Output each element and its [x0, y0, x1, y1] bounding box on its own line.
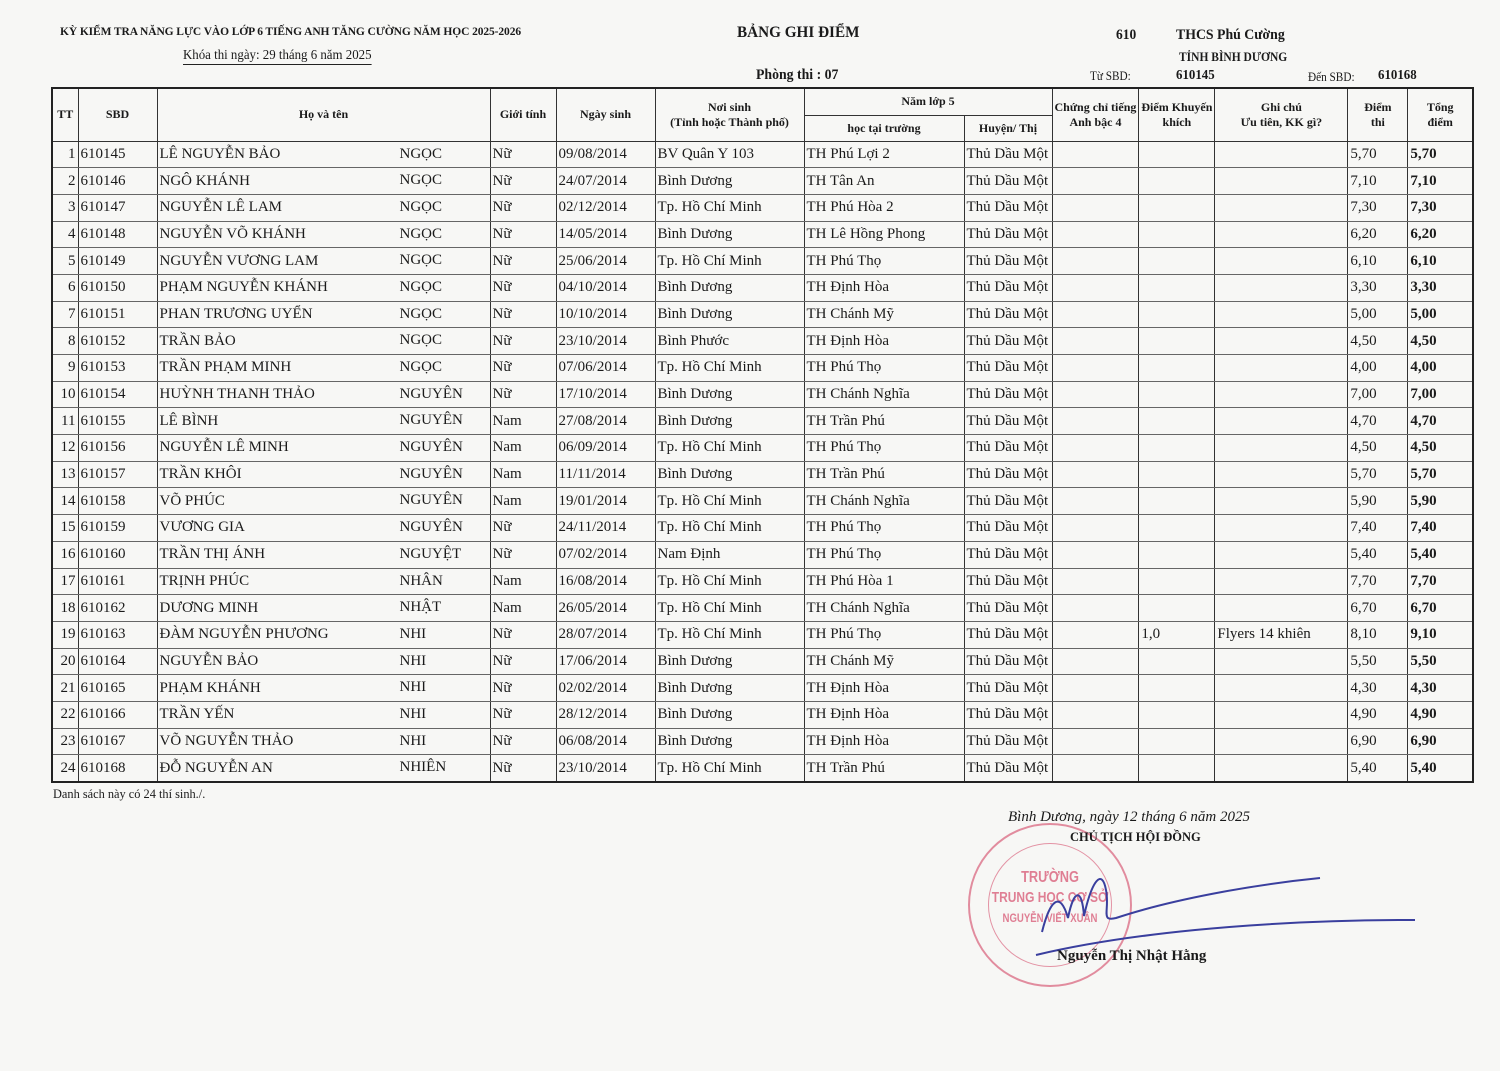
cell-school: TH Định Hòa: [804, 701, 964, 728]
cell-given-name: NGUYÊN: [400, 462, 463, 487]
cell-total: 4,90: [1408, 701, 1473, 728]
cell-cert: [1052, 621, 1139, 648]
cell-district: Thủ Dầu Một: [964, 168, 1052, 195]
cell-gender: Nữ: [490, 141, 556, 168]
table-row: 12 610156 NGUYỄN LÊ MINH NGUYÊN Nam 06/0…: [52, 435, 1473, 462]
cell-name: TRẦN KHÔI NGUYÊN: [157, 461, 490, 488]
cell-note: [1215, 274, 1348, 301]
cell-bonus: [1139, 701, 1215, 728]
cell-tt: 9: [52, 355, 78, 382]
cell-bonus: [1139, 408, 1215, 435]
cell-exam-score: 4,90: [1348, 701, 1408, 728]
cell-bonus: 1,0: [1139, 621, 1215, 648]
cell-pob: Bình Dương: [655, 701, 804, 728]
cell-district: Thủ Dầu Một: [964, 301, 1052, 328]
cell-note: [1215, 488, 1348, 515]
cell-gender: Nữ: [490, 701, 556, 728]
cell-surname: HUỲNH THANH THẢO: [160, 386, 315, 402]
cell-gender: Nam: [490, 408, 556, 435]
cell-total: 5,40: [1408, 755, 1473, 782]
cell-dob: 17/06/2014: [556, 648, 655, 675]
cell-school: TH Định Hòa: [804, 675, 964, 702]
cell-exam-score: 7,70: [1348, 568, 1408, 595]
cell-dob: 19/01/2014: [556, 488, 655, 515]
cell-gender: Nữ: [490, 728, 556, 755]
cell-surname: TRẦN YẾN: [160, 706, 235, 722]
cell-bonus: [1139, 141, 1215, 168]
table-row: 19 610163 ĐÀM NGUYỄN PHƯƠNG NHI Nữ 28/07…: [52, 621, 1473, 648]
cell-exam-score: 7,30: [1348, 194, 1408, 221]
cell-total: 4,50: [1408, 328, 1473, 355]
cell-surname: LÊ NGUYỄN BẢO: [160, 146, 281, 162]
cell-given-name: NGỌC: [400, 142, 443, 167]
cell-school: TH Lê Hồng Phong: [804, 221, 964, 248]
cell-school: TH Định Hòa: [804, 728, 964, 755]
cell-exam-score: 6,70: [1348, 595, 1408, 622]
cell-dob: 25/06/2014: [556, 248, 655, 275]
province-name: TỈNH BÌNH DƯƠNG: [1179, 50, 1287, 65]
cell-name: ĐỖ NGUYỄN AN NHIÊN: [157, 755, 490, 782]
cell-dob: 02/02/2014: [556, 675, 655, 702]
cell-sbd: 610145: [78, 141, 157, 168]
cell-name: TRẦN THỊ ÁNH NGUYỆT: [157, 541, 490, 568]
cell-school: TH Phú Thọ: [804, 435, 964, 462]
cell-sbd: 610156: [78, 435, 157, 462]
cell-school: TH Trần Phú: [804, 755, 964, 782]
to-sbd-label: Đến SBD:: [1308, 70, 1355, 85]
cell-cert: [1052, 141, 1139, 168]
cell-dob: 23/10/2014: [556, 755, 655, 782]
from-sbd-value: 610145: [1176, 68, 1215, 84]
cell-dob: 07/06/2014: [556, 355, 655, 382]
cell-school: TH Chánh Mỹ: [804, 648, 964, 675]
cell-surname: NGÔ KHÁNH: [160, 173, 250, 189]
cell-gender: Nữ: [490, 381, 556, 408]
col-gender: Giới tính: [490, 88, 556, 141]
cell-district: Thủ Dầu Một: [964, 648, 1052, 675]
exam-room: Phòng thi : 07: [756, 67, 838, 84]
cell-district: Thủ Dầu Một: [964, 728, 1052, 755]
cell-exam-score: 4,00: [1348, 355, 1408, 382]
cell-pob: Bình Dương: [655, 381, 804, 408]
cell-school: TH Trần Phú: [804, 408, 964, 435]
cell-name: NGUYỄN VÕ KHÁNH NGỌC: [157, 221, 490, 248]
cell-tt: 3: [52, 194, 78, 221]
cell-pob: Bình Phước: [655, 328, 804, 355]
cell-cert: [1052, 194, 1139, 221]
cell-note: [1215, 408, 1348, 435]
cell-school: TH Trần Phú: [804, 461, 964, 488]
cell-bonus: [1139, 568, 1215, 595]
cell-gender: Nam: [490, 595, 556, 622]
cell-dob: 11/11/2014: [556, 461, 655, 488]
cell-note: [1215, 675, 1348, 702]
cell-name: VÕ PHÚC NGUYÊN: [157, 488, 490, 515]
col-name: Họ và tên: [157, 88, 490, 141]
cell-given-name: NGỌC: [400, 355, 443, 380]
cell-given-name: NGUYÊN: [400, 382, 463, 407]
cell-cert: [1052, 301, 1139, 328]
cell-gender: Nữ: [490, 221, 556, 248]
cell-sbd: 610168: [78, 755, 157, 782]
cell-bonus: [1139, 461, 1215, 488]
cell-dob: 06/08/2014: [556, 728, 655, 755]
cell-surname: NGUYỄN LÊ MINH: [160, 439, 289, 455]
col-cert-line1: Chứng chỉ tiếng: [1055, 100, 1137, 115]
table-row: 3 610147 NGUYỄN LÊ LAM NGỌC Nữ 02/12/201…: [52, 194, 1473, 221]
cell-sbd: 610155: [78, 408, 157, 435]
cell-bonus: [1139, 274, 1215, 301]
cell-surname: PHAN TRƯƠNG UYỂN: [160, 306, 313, 322]
cell-pob: Bình Dương: [655, 168, 804, 195]
cell-district: Thủ Dầu Một: [964, 435, 1052, 462]
cell-name: NGUYỄN VƯƠNG LAM NGỌC: [157, 248, 490, 275]
cell-dob: 17/10/2014: [556, 381, 655, 408]
cell-note: [1215, 248, 1348, 275]
cell-cert: [1052, 648, 1139, 675]
cell-cert: [1052, 168, 1139, 195]
cell-pob: Tp. Hồ Chí Minh: [655, 435, 804, 462]
col-sbd: SBD: [78, 88, 157, 141]
cell-name: NGUYỄN LÊ LAM NGỌC: [157, 194, 490, 221]
cell-name: LÊ NGUYỄN BẢO NGỌC: [157, 141, 490, 168]
cell-sbd: 610159: [78, 515, 157, 542]
cell-sbd: 610152: [78, 328, 157, 355]
cell-tt: 18: [52, 595, 78, 622]
cell-cert: [1052, 274, 1139, 301]
cell-exam-score: 4,50: [1348, 328, 1408, 355]
cell-cert: [1052, 568, 1139, 595]
table-row: 21 610165 PHẠM KHÁNH NHI Nữ 02/02/2014 B…: [52, 675, 1473, 702]
cell-school: TH Chánh Nghĩa: [804, 488, 964, 515]
cell-surname: NGUYỄN BẢO: [160, 653, 259, 669]
cell-dob: 09/08/2014: [556, 141, 655, 168]
cell-sbd: 610153: [78, 355, 157, 382]
to-sbd-value: 610168: [1378, 68, 1417, 84]
table-row: 8 610152 TRẦN BẢO NGỌC Nữ 23/10/2014 Bìn…: [52, 328, 1473, 355]
cell-cert: [1052, 381, 1139, 408]
cell-school: TH Phú Hòa 2: [804, 194, 964, 221]
cell-tt: 7: [52, 301, 78, 328]
cell-pob: Bình Dương: [655, 461, 804, 488]
cell-note: [1215, 515, 1348, 542]
cell-note: [1215, 221, 1348, 248]
cell-pob: BV Quân Y 103: [655, 141, 804, 168]
cell-surname: PHẠM KHÁNH: [160, 680, 261, 696]
cell-tt: 16: [52, 541, 78, 568]
cell-name: PHAN TRƯƠNG UYỂN NGỌC: [157, 301, 490, 328]
cell-note: [1215, 301, 1348, 328]
cell-district: Thủ Dầu Một: [964, 541, 1052, 568]
col-cert: Chứng chỉ tiếng Anh bậc 4: [1052, 88, 1139, 141]
cell-given-name: NGUYÊN: [400, 408, 463, 433]
cell-note: [1215, 328, 1348, 355]
col-exam-score-line1: Điểm: [1350, 100, 1405, 115]
cell-school: TH Phú Thọ: [804, 355, 964, 382]
cell-district: Thủ Dầu Một: [964, 274, 1052, 301]
cell-cert: [1052, 435, 1139, 462]
col-dob: Ngày sinh: [556, 88, 655, 141]
cell-given-name: NGỌC: [400, 328, 443, 353]
cell-tt: 21: [52, 675, 78, 702]
cell-note: [1215, 728, 1348, 755]
cell-cert: [1052, 675, 1139, 702]
col-pob-line2: (Tỉnh hoặc Thành phố): [658, 115, 802, 130]
signature-mark: [1030, 860, 1420, 960]
cell-given-name: NHI: [400, 622, 427, 647]
table-row: 7 610151 PHAN TRƯƠNG UYỂN NGỌC Nữ 10/10/…: [52, 301, 1473, 328]
cell-note: [1215, 194, 1348, 221]
cell-sbd: 610154: [78, 381, 157, 408]
cell-district: Thủ Dầu Một: [964, 568, 1052, 595]
cell-name: NGÔ KHÁNH NGỌC: [157, 168, 490, 195]
cell-total: 6,10: [1408, 248, 1473, 275]
cell-sbd: 610166: [78, 701, 157, 728]
cell-gender: Nữ: [490, 355, 556, 382]
cell-surname: NGUYỄN VÕ KHÁNH: [160, 226, 306, 242]
cell-gender: Nam: [490, 435, 556, 462]
cell-gender: Nữ: [490, 541, 556, 568]
site-code: 610: [1116, 27, 1136, 44]
cell-dob: 02/12/2014: [556, 194, 655, 221]
cell-district: Thủ Dầu Một: [964, 355, 1052, 382]
cell-given-name: NHÂN: [400, 569, 443, 594]
from-sbd-label: Từ SBD:: [1090, 69, 1131, 84]
cell-note: [1215, 541, 1348, 568]
cell-tt: 11: [52, 408, 78, 435]
cell-bonus: [1139, 515, 1215, 542]
table-row: 15 610159 VƯƠNG GIA NGUYÊN Nữ 24/11/2014…: [52, 515, 1473, 542]
cell-exam-score: 7,00: [1348, 381, 1408, 408]
cell-tt: 12: [52, 435, 78, 462]
cell-dob: 16/08/2014: [556, 568, 655, 595]
cell-note: [1215, 648, 1348, 675]
cell-gender: Nữ: [490, 301, 556, 328]
document-title: BẢNG GHI ĐIỂM: [737, 24, 859, 42]
cell-given-name: NGUYÊN: [400, 488, 463, 513]
cell-surname: TRỊNH PHÚC: [160, 573, 250, 589]
cell-given-name: NGUYÊN: [400, 515, 463, 540]
cell-total: 7,40: [1408, 515, 1473, 542]
table-row: 18 610162 DƯƠNG MINH NHẬT Nam 26/05/2014…: [52, 595, 1473, 622]
cell-district: Thủ Dầu Một: [964, 328, 1052, 355]
cell-dob: 06/09/2014: [556, 435, 655, 462]
cell-tt: 1: [52, 141, 78, 168]
cell-total: 6,20: [1408, 221, 1473, 248]
cell-tt: 10: [52, 381, 78, 408]
table-row: 6 610150 PHẠM NGUYỄN KHÁNH NGỌC Nữ 04/10…: [52, 274, 1473, 301]
cell-total: 5,40: [1408, 541, 1473, 568]
col-bonus: Điểm Khuyến khích: [1139, 88, 1215, 141]
cell-tt: 23: [52, 728, 78, 755]
cell-sbd: 610151: [78, 301, 157, 328]
cell-given-name: NGUYÊN: [400, 435, 463, 460]
cell-district: Thủ Dầu Một: [964, 221, 1052, 248]
cell-dob: 24/07/2014: [556, 168, 655, 195]
cell-note: [1215, 141, 1348, 168]
cell-given-name: NGỌC: [400, 168, 443, 193]
cell-cert: [1052, 755, 1139, 782]
candidate-count-note: Danh sách này có 24 thí sinh./.: [53, 786, 205, 802]
cell-school: TH Tân An: [804, 168, 964, 195]
cell-tt: 2: [52, 168, 78, 195]
cell-given-name: NGỌC: [400, 248, 443, 273]
cell-bonus: [1139, 675, 1215, 702]
cell-district: Thủ Dầu Một: [964, 248, 1052, 275]
cell-dob: 14/05/2014: [556, 221, 655, 248]
cell-pob: Tp. Hồ Chí Minh: [655, 488, 804, 515]
cell-dob: 04/10/2014: [556, 274, 655, 301]
cell-exam-score: 6,10: [1348, 248, 1408, 275]
col-pob: Nơi sinh (Tỉnh hoặc Thành phố): [655, 88, 804, 141]
table-row: 1 610145 LÊ NGUYỄN BẢO NGỌC Nữ 09/08/201…: [52, 141, 1473, 168]
cell-exam-score: 4,50: [1348, 435, 1408, 462]
signing-place-date: Bình Dương, ngày 12 tháng 6 năm 2025: [1008, 809, 1250, 826]
cell-pob: Bình Dương: [655, 648, 804, 675]
signer-name: Nguyễn Thị Nhật Hằng: [1057, 948, 1206, 965]
cell-note: [1215, 435, 1348, 462]
cell-total: 7,10: [1408, 168, 1473, 195]
cell-gender: Nam: [490, 488, 556, 515]
cell-name: NGUYỄN BẢO NHI: [157, 648, 490, 675]
cell-dob: 26/05/2014: [556, 595, 655, 622]
cell-surname: PHẠM NGUYỄN KHÁNH: [160, 279, 328, 295]
cell-bonus: [1139, 355, 1215, 382]
cell-note: [1215, 168, 1348, 195]
cell-pob: Tp. Hồ Chí Minh: [655, 755, 804, 782]
cell-school: TH Chánh Nghĩa: [804, 381, 964, 408]
cell-bonus: [1139, 168, 1215, 195]
cell-given-name: NHI: [400, 675, 427, 700]
cell-name: TRẦN BẢO NGỌC: [157, 328, 490, 355]
cell-district: Thủ Dầu Một: [964, 515, 1052, 542]
cell-tt: 19: [52, 621, 78, 648]
cell-tt: 5: [52, 248, 78, 275]
cell-total: 5,50: [1408, 648, 1473, 675]
cell-district: Thủ Dầu Một: [964, 381, 1052, 408]
cell-surname: TRẦN PHẠM MINH: [160, 359, 292, 375]
cell-pob: Bình Dương: [655, 408, 804, 435]
cell-surname: TRẦN KHÔI: [160, 466, 242, 482]
cell-school: TH Phú Thọ: [804, 248, 964, 275]
cell-note: [1215, 755, 1348, 782]
cell-note: [1215, 461, 1348, 488]
cell-note: [1215, 568, 1348, 595]
cell-given-name: NGỌC: [400, 222, 443, 247]
cell-school: TH Định Hòa: [804, 274, 964, 301]
cell-district: Thủ Dầu Một: [964, 408, 1052, 435]
cell-surname: DƯƠNG MINH: [160, 600, 259, 616]
cell-given-name: NHI: [400, 702, 427, 727]
cell-total: 6,70: [1408, 595, 1473, 622]
cell-name: ĐÀM NGUYỄN PHƯƠNG NHI: [157, 621, 490, 648]
cell-total: 7,00: [1408, 381, 1473, 408]
cell-given-name: NHI: [400, 729, 427, 754]
cell-district: Thủ Dầu Một: [964, 621, 1052, 648]
cell-bonus: [1139, 381, 1215, 408]
col-pob-line1: Nơi sinh: [658, 100, 802, 115]
table-row: 9 610153 TRẦN PHẠM MINH NGỌC Nữ 07/06/20…: [52, 355, 1473, 382]
cell-name: LÊ BÌNH NGUYÊN: [157, 408, 490, 435]
cell-given-name: NGUYỆT: [400, 542, 462, 567]
score-table: TT SBD Họ và tên Giới tính Ngày sinh Nơi…: [51, 87, 1474, 783]
cell-cert: [1052, 221, 1139, 248]
cell-cert: [1052, 515, 1139, 542]
cell-tt: 20: [52, 648, 78, 675]
cell-cert: [1052, 488, 1139, 515]
cell-sbd: 610164: [78, 648, 157, 675]
cell-bonus: [1139, 328, 1215, 355]
cell-cert: [1052, 355, 1139, 382]
cell-gender: Nữ: [490, 648, 556, 675]
col-note-line1: Ghi chú: [1217, 100, 1345, 115]
cell-name: VÕ NGUYỄN THẢO NHI: [157, 728, 490, 755]
cell-surname: ĐỖ NGUYỄN AN: [160, 760, 273, 776]
cell-tt: 22: [52, 701, 78, 728]
cell-total: 7,70: [1408, 568, 1473, 595]
cell-total: 9,10: [1408, 621, 1473, 648]
cell-tt: 4: [52, 221, 78, 248]
cell-exam-score: 4,70: [1348, 408, 1408, 435]
cell-gender: Nam: [490, 461, 556, 488]
cell-name: TRỊNH PHÚC NHÂN: [157, 568, 490, 595]
cell-total: 4,00: [1408, 355, 1473, 382]
cell-sbd: 610161: [78, 568, 157, 595]
cell-sbd: 610146: [78, 168, 157, 195]
cell-pob: Tp. Hồ Chí Minh: [655, 194, 804, 221]
table-row: 2 610146 NGÔ KHÁNH NGỌC Nữ 24/07/2014 Bì…: [52, 168, 1473, 195]
cell-tt: 17: [52, 568, 78, 595]
col-bonus-line1: Điểm Khuyến: [1141, 100, 1212, 115]
cell-total: 5,00: [1408, 301, 1473, 328]
col-exam-score: Điểm thi: [1348, 88, 1408, 141]
cell-cert: [1052, 595, 1139, 622]
cell-district: Thủ Dầu Một: [964, 701, 1052, 728]
cell-exam-score: 5,00: [1348, 301, 1408, 328]
table-row: 5 610149 NGUYỄN VƯƠNG LAM NGỌC Nữ 25/06/…: [52, 248, 1473, 275]
cell-cert: [1052, 541, 1139, 568]
cell-pob: Bình Dương: [655, 274, 804, 301]
cell-tt: 8: [52, 328, 78, 355]
table-row: 20 610164 NGUYỄN BẢO NHI Nữ 17/06/2014 B…: [52, 648, 1473, 675]
cell-pob: Bình Dương: [655, 728, 804, 755]
cell-pob: Tp. Hồ Chí Minh: [655, 568, 804, 595]
cell-exam-score: 8,10: [1348, 621, 1408, 648]
cell-gender: Nữ: [490, 515, 556, 542]
table-row: 13 610157 TRẦN KHÔI NGUYÊN Nam 11/11/201…: [52, 461, 1473, 488]
cell-bonus: [1139, 435, 1215, 462]
exam-date: Khóa thi ngày: 29 tháng 6 năm 2025: [183, 48, 372, 65]
cell-dob: 28/12/2014: [556, 701, 655, 728]
cell-sbd: 610165: [78, 675, 157, 702]
cell-tt: 14: [52, 488, 78, 515]
cell-cert: [1052, 461, 1139, 488]
cell-sbd: 610158: [78, 488, 157, 515]
cell-district: Thủ Dầu Một: [964, 595, 1052, 622]
cell-gender: Nữ: [490, 274, 556, 301]
cell-name: HUỲNH THANH THẢO NGUYÊN: [157, 381, 490, 408]
exam-title: KỲ KIỂM TRA NĂNG LỰC VÀO LỚP 6 TIẾNG ANH…: [60, 26, 521, 38]
cell-dob: 10/10/2014: [556, 301, 655, 328]
cell-gender: Nữ: [490, 675, 556, 702]
cell-note: [1215, 355, 1348, 382]
cell-name: PHẠM NGUYỄN KHÁNH NGỌC: [157, 274, 490, 301]
cell-name: TRẦN PHẠM MINH NGỌC: [157, 355, 490, 382]
cell-cert: [1052, 248, 1139, 275]
cell-name: NGUYỄN LÊ MINH NGUYÊN: [157, 435, 490, 462]
table-row: 4 610148 NGUYỄN VÕ KHÁNH NGỌC Nữ 14/05/2…: [52, 221, 1473, 248]
cell-gender: Nữ: [490, 168, 556, 195]
